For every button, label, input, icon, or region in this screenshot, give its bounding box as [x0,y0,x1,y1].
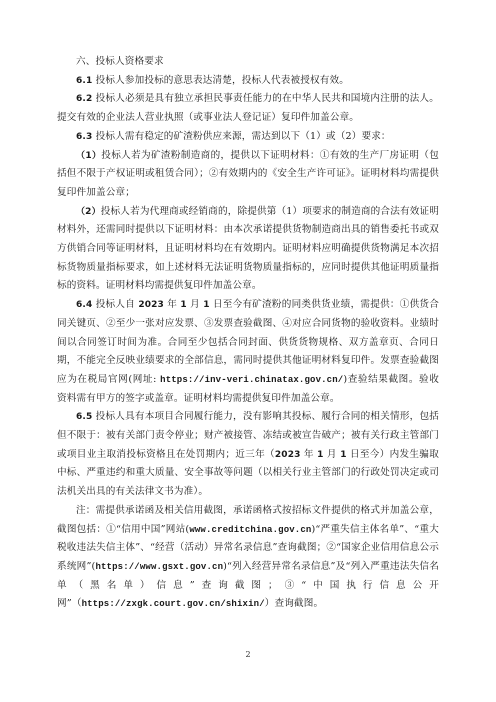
clause-text: 月 [324,449,341,460]
clause-text: 月 [187,299,203,310]
clause-number: 6.3 [76,132,92,142]
clause-text: 投标人必须是具有独立承担民事责任能力的在中华人民共和国境内注册的法人。提交有效的… [57,93,439,123]
clause-number: 6.1 [76,76,92,86]
clause-6-4: 6.4 投标人自 2023 年 1 月 1 日至今有矿渣粉的同类供货业绩，需提供… [57,296,439,408]
clause-6-2: 6.2 投标人必须是具有独立承担民事责任能力的在中华人民共和国境内注册的法人。提… [57,90,439,127]
clause-text: 投标人自 [92,299,138,310]
year: 2023 [275,450,301,460]
section-heading: 六、投标人资格要求 [57,53,439,72]
clause-number: （2） [76,207,101,217]
note-text: （ [72,598,82,609]
year: 2023 [138,300,164,310]
clause-text: 日至今有矿渣粉的同类供货业绩，需提供：①供货合同关键页、②至少一张对应发票、③发… [57,299,439,385]
clause-6-5: 6.5 投标人具有本项目合同履行能力，没有影响其投标、履行合同的相关情形，包括但… [57,408,439,502]
clause-number: 6.2 [76,94,92,104]
gsxt-url[interactable]: https://www.gsxt.gov.cn [95,562,223,572]
clause-text: 年 [301,449,318,460]
creditchina-url[interactable]: www.creditchina.gov.cn [189,525,311,535]
clause-text: 投标人若为矿渣粉制造商的，提供以下证明材料：①有效的生产厂房证明（包括但不限于产… [57,150,439,198]
zxgk-url[interactable]: https://zxgk.court.gov.cn/shixin/ [82,599,265,609]
note-paragraph: 注：需提供承诺函及相关信用截图，承诺函格式按招标文件提供的格式并加盖公章，截图包… [57,502,439,614]
note-text: ）查询截图。 [265,598,323,609]
clause-text: 投标人需有稳定的矿渣粉供应来源，需达到以下（1）或（2）要求： [92,131,390,142]
clause-text: 投标人若为代理商或经销商的，除提供第（1）项要求的制造商的合法有效证明材料外，还… [57,206,439,292]
clause-text: 年 [164,299,180,310]
clause-text: 投标人参加投标的意思表达清楚，投标人代表被授权有效。 [92,75,349,86]
clause-6-3: 6.3 投标人需有稳定的矿渣粉供应来源，需达到以下（1）或（2）要求： [57,128,439,147]
tax-verification-url[interactable]: https://inv-veri.chinatax.gov.cn/ [160,375,343,385]
page-number: 2 [0,650,496,659]
clause-6-3-1: （1）投标人若为矿渣粉制造商的，提供以下证明材料：①有效的生产厂房证明（包括但不… [57,147,439,203]
document-page: 六、投标人资格要求 6.1 投标人参加投标的意思表达清楚，投标人代表被授权有效。… [0,0,496,702]
clause-6-3-2: （2）投标人若为代理商或经销商的，除提供第（1）项要求的制造商的合法有效证明材料… [57,203,439,297]
document-body: 六、投标人资格要求 6.1 投标人参加投标的意思表达清楚，投标人代表被授权有效。… [57,53,439,614]
clause-6-1: 6.1 投标人参加投标的意思表达清楚，投标人代表被授权有效。 [57,72,439,91]
clause-number: （1） [76,151,101,161]
clause-number: 6.5 [76,412,92,422]
clause-number: 6.4 [76,300,92,310]
